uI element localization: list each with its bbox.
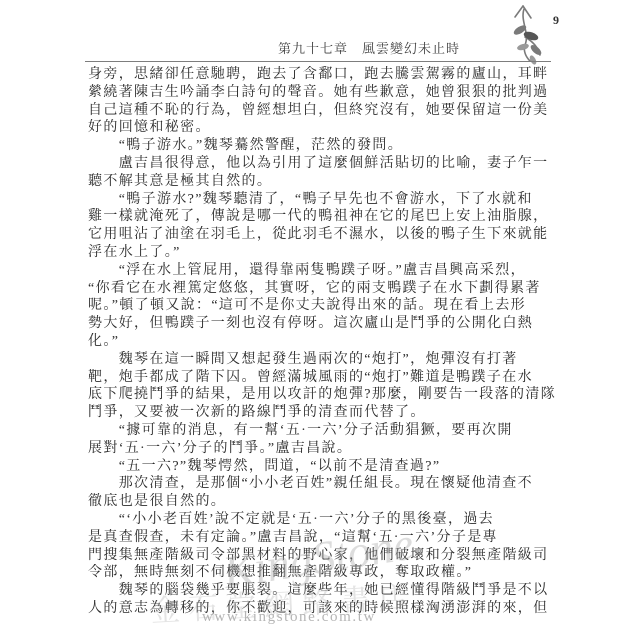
book-page: 第九十七章 風雲變幻未止時 9 身旁，思緒卻任意馳聘，跑去了含鄱口，跑去騰雲駕霧… (0, 0, 640, 640)
body-text: 身旁，思緒卻任意馳聘，跑去了含鄱口，跑去騰雲駕霧的廬山，耳畔縈繞著陳吉生吟誦李白… (88, 66, 566, 618)
text-line: “你看它在水裡篤定悠悠，其實呀，它的兩支鴨蹼子在水下劃得累著 (88, 280, 566, 298)
text-line: 自己這種不恥的行為，曾經想坦白，但終究沒有，她要保留這一份美 (88, 102, 566, 120)
text-line: 門搜集無產階級司令部黑材料的野心家，他們破壞和分裂無產階級司 (88, 547, 566, 565)
chapter-title: 第九十七章 風雲變幻未止時 (278, 38, 460, 57)
text-line: 鬥爭，又要被一次新的路線鬥爭的清查而代替了。 (88, 404, 566, 422)
text-line: 縈繞著陳吉生吟誦李白詩句的聲音。她有些歉意，她曾狠狠的批判過 (88, 84, 566, 102)
text-line: “鴨子游水?”魏琴聽清了，“鴨子早先也不會游水，下了水就和 (88, 191, 566, 209)
text-line: 徹底也是很自然的。 (88, 493, 566, 511)
text-line: “浮在水上管屁用，還得靠兩隻鴨蹼子呀。”盧吉昌興高采烈， (88, 262, 566, 280)
text-line: 令部，無時無刻不伺機想推翻無產階級專政，奪取政權。” (88, 564, 566, 582)
text-line: 那次清查，是那個“小小老百姓”親任組長。現在懷疑他清查不 (88, 475, 566, 493)
header-divider (85, 61, 551, 62)
text-line: 化。” (88, 333, 566, 351)
text-line: 勢大好，但鴨蹼子一刻也沒有停呀。這次廬山是鬥爭的公開化白熱 (88, 315, 566, 333)
text-line: 好的回憶和秘密。 (88, 119, 566, 137)
text-line: 身旁，思緒卻任意馳聘，跑去了含鄱口，跑去騰雲駕霧的廬山，耳畔 (88, 66, 566, 84)
text-line: 魏琴的腦袋幾乎要脹裂。這麼些年，她已經懂得階級鬥爭是不以 (88, 582, 566, 600)
text-line: 靶，炮手都成了階下囚。曾經滿城風雨的“炮打”難道是鴨蹼子在水 (88, 369, 566, 387)
text-line: 聽不解其意是極其自然的。 (88, 173, 566, 191)
text-line: 呢。”頓了頓又說：“這可不是你丈夫說得出來的話。現在看上去形 (88, 297, 566, 315)
plum-branch-icon (490, 3, 556, 65)
text-line: 是真查假查，未有定論。”盧吉昌說，“這幫‘五·一六’分子是專 (88, 529, 566, 547)
text-line: 雞一樣就淹死了，傳說是哪一代的鴨祖神在它的尾巴上安上油脂腺， (88, 208, 566, 226)
text-line: 底下爬撓鬥爭的結果，是用以攻訐的炮彈?那麼，剛要告一段落的清隊 (88, 386, 566, 404)
text-line: 盧吉昌很得意，他以為引用了這麼個鮮活貼切的比喻，妻子乍一 (88, 155, 566, 173)
text-line: “‘小小老百姓’說不定就是‘五·一六’分子的黑後臺，過去 (88, 511, 566, 529)
text-line: “據可靠的消息，有一幫‘五·一六’分子活動猖獗，要再次開 (88, 422, 566, 440)
text-line: 展對‘五·一六’分子的鬥爭。”盧吉昌說。 (88, 440, 566, 458)
text-line: 人的意志為轉移的，你不歡迎，可該來的時候照樣洶湧澎湃的來，但 (88, 600, 566, 618)
text-line: 它用咀沾了油塗在羽毛上，從此羽毛不濕水，以後的鴨子生下來就能 (88, 226, 566, 244)
text-line: “鴨子游水。”魏琴驀然警醒，茫然的發問。 (88, 137, 566, 155)
text-line: “五一六?”魏琴愕然，問道，“以前不是清查過?” (88, 458, 566, 476)
text-line: 魏琴在這一瞬間又想起發生過兩次的“炮打”，炮彈沒有打著 (88, 351, 566, 369)
text-line: 浮在水上了。” (88, 244, 566, 262)
